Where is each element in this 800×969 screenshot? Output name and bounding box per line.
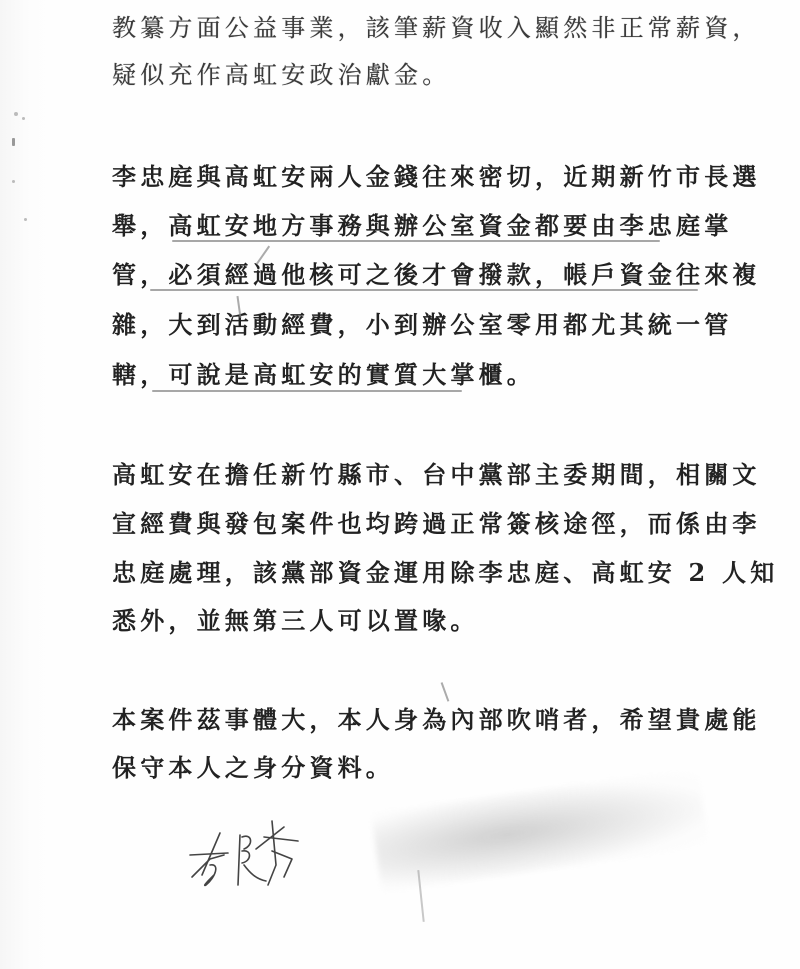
scan-artifact xyxy=(22,117,25,120)
handwritten-signature-icon xyxy=(180,815,360,895)
paragraph-3-line-2: 宣經費與發包案件也均跨過正常簽核途徑，而係由李 xyxy=(112,509,761,539)
paragraph-2-line-5: 轄，可說是高虹安的實質大掌櫃。 xyxy=(112,360,535,390)
paragraph-3-line-3: 忠庭處理，該黨部資金運用除李忠庭、高虹安 2 人知 xyxy=(112,558,778,588)
paragraph-3-line-1: 高虹安在擔任新竹縣市、台中黨部主委期間，相關文 xyxy=(112,460,761,490)
paragraph-4-line-1: 本案件茲事體大，本人身為內部吹哨者，希望貴處能 xyxy=(112,705,761,735)
paragraph-4-line-2: 保守本人之身分資料。 xyxy=(112,753,394,783)
paragraph-1-line-1: 教纂方面公益事業，該筆薪資收入顯然非正常薪資， xyxy=(112,13,761,43)
pencil-underline xyxy=(152,390,462,392)
paragraph-1-line-2: 疑似充作高虹安政治獻金。 xyxy=(112,60,450,90)
paragraph-2-line-4: 雜，大到活動經費，小到辦公室零用都尤其統一管 xyxy=(112,310,732,340)
paragraph-2-line-2: 舉，高虹安地方事務與辦公室資金都要由李忠庭掌 xyxy=(112,211,732,241)
paragraph-3-line-4: 悉外，並無第三人可以置喙。 xyxy=(112,606,479,636)
scanned-document-page: 教纂方面公益事業，該筆薪資收入顯然非正常薪資， 疑似充作高虹安政治獻金。 李忠庭… xyxy=(0,0,800,969)
scan-artifact xyxy=(12,180,15,183)
pencil-underline xyxy=(172,240,660,242)
scan-artifact xyxy=(14,112,18,116)
pencil-underline xyxy=(150,289,698,291)
pencil-check-mark xyxy=(441,682,449,701)
scan-artifact xyxy=(24,218,27,221)
scan-artifact xyxy=(12,138,15,146)
paragraph-2-line-3: 管，必須經過他核可之後才會撥款，帳戶資金往來複 xyxy=(112,260,761,290)
erased-smudge-area xyxy=(371,767,709,892)
paragraph-2-line-1: 李忠庭與高虹安兩人金錢往來密切，近期新竹市長選 xyxy=(112,162,761,192)
